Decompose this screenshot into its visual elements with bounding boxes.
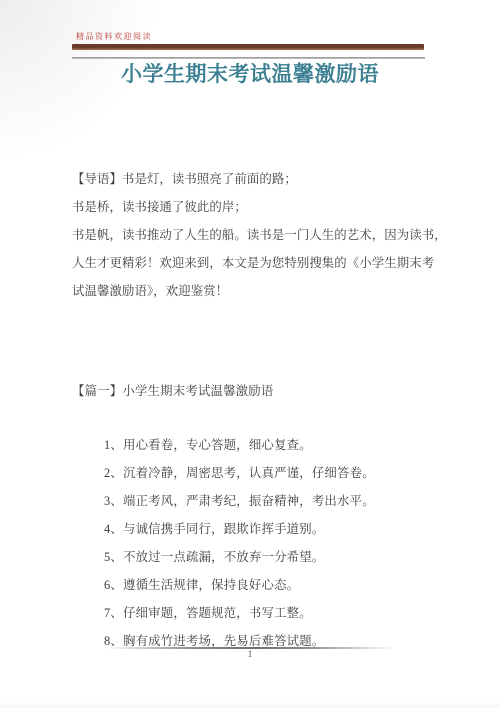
footer-divider: [105, 647, 395, 649]
watermark-text: 精品资料欢迎阅读: [76, 31, 152, 42]
list-item: 1、用心看卷，专心答题，细心复查。: [104, 431, 434, 459]
intro-line: 人生才更精彩！欢迎来到，本文是为您特别搜集的《小学生期末考: [72, 249, 428, 277]
page-number: 1: [0, 650, 500, 660]
header-rule-thick: [72, 44, 424, 50]
tips-list: 1、用心看卷，专心答题，细心复查。 2、沉着冷静，周密思考，认真严谨，仔细答卷。…: [104, 431, 434, 655]
list-item: 3、端正考风，严肃考纪，振奋精神，考出水平。: [104, 487, 434, 515]
list-item: 2、沉着冷静，周密思考，认真严谨，仔细答卷。: [104, 459, 434, 487]
intro-line: 【导语】书是灯，读书照亮了前面的路；: [72, 165, 428, 193]
list-item: 7、仔细审题，答题规范，书写工整。: [104, 599, 434, 627]
document-page: 精品资料欢迎阅读 小学生期末考试温馨激励语 【导语】书是灯，读书照亮了前面的路；…: [0, 0, 500, 708]
list-item: 6、遵循生活规律，保持良好心态。: [104, 571, 434, 599]
list-item: 5、不放过一点疏漏，不放弃一分希望。: [104, 543, 434, 571]
intro-line: 试温馨激励语》，欢迎鉴赏！: [72, 277, 428, 305]
intro-paragraph: 【导语】书是灯，读书照亮了前面的路； 书是桥，读书接通了彼此的岸； 书是帆，读书…: [72, 165, 428, 305]
intro-line: 书是帆，读书推动了人生的船。读书是一门人生的艺术，因为读书，: [72, 221, 428, 249]
section-heading: 【篇一】小学生期末考试温馨激励语: [72, 381, 273, 399]
page-title: 小学生期末考试温馨激励语: [0, 58, 500, 88]
intro-line: 书是桥，读书接通了彼此的岸；: [72, 193, 428, 221]
list-item: 4、与诚信携手同行，跟欺诈挥手道别。: [104, 515, 434, 543]
